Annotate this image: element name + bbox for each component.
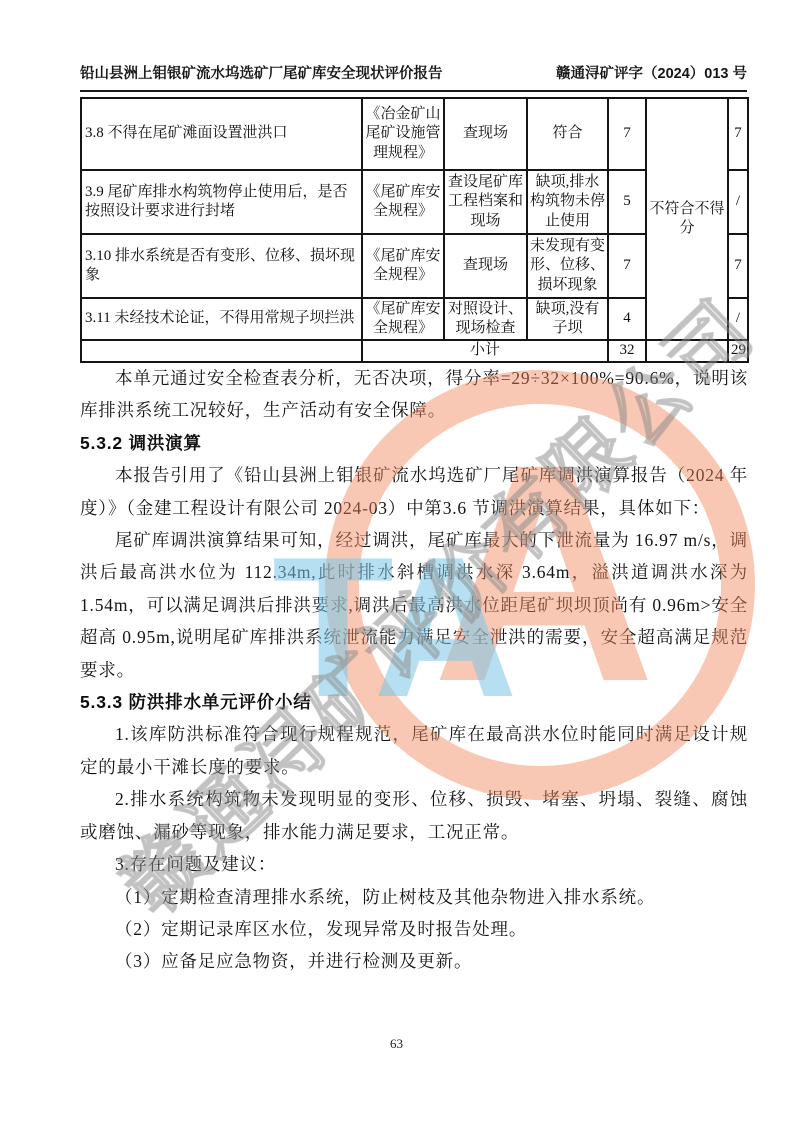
score-cell: 7: [608, 234, 646, 298]
basis-cell: 《冶金矿山尾矿设施管理规程》: [362, 98, 444, 170]
actual-score-cell: /: [728, 298, 748, 340]
note-merged-cell: 不符合不得分: [646, 98, 728, 340]
safety-checklist-table: 3.8 不得在尾矿滩面设置泄洪口 《冶金矿山尾矿设施管理规程》 查现场 符合 7…: [80, 97, 749, 363]
method-cell: 对照设计、现场检查: [444, 298, 527, 340]
actual-score-cell: /: [728, 170, 748, 234]
paragraph-flood-routing-result: 尾矿库调洪演算结果可知，经过调洪，尾矿库最大的下泄流量为 16.97 m/s，调…: [80, 524, 748, 686]
paragraph-suggestion-3: （3）应备足应急物资，并进行检测及更新。: [80, 945, 748, 977]
score-cell: 7: [608, 98, 646, 170]
paragraph-conclusion-2: 2.排水系统构筑物未发现明显的变形、位移、损毁、堵塞、坍塌、裂缝、腐蚀或磨蚀、漏…: [80, 783, 748, 848]
heading-5-3-2: 5.3.2 调洪演算: [80, 427, 748, 459]
result-cell: 缺项,没有子坝: [527, 298, 608, 340]
paragraph-report-reference: 本报告引用了《铅山县洲上钼银矿流水坞选矿厂尾矿库调洪演算报告（2024 年度）》…: [80, 459, 748, 524]
basis-cell: 《尾矿库安全规程》: [362, 234, 444, 298]
document-number: 赣通浔矿评字（2024）013 号: [556, 62, 747, 83]
document-page: 铅山县洲上钼银矿流水坞选矿厂尾矿库安全现状评价报告 赣通浔矿评字（2024）01…: [0, 0, 793, 1122]
paragraph-checklist-summary: 本单元通过安全检查表分析，无否决项，得分率=29÷32×100%=90.6%，说…: [80, 362, 748, 427]
paragraph-suggestion-2: （2）定期记录库区水位，发现异常及时报告处理。: [80, 913, 748, 945]
result-cell: 未发现有变形、位移、损坏现象: [527, 234, 608, 298]
paragraph-conclusion-1: 1.该库防洪标准符合现行规程规范，尾矿库在最高洪水位时能同时满足设计规定的最小干…: [80, 718, 748, 783]
report-title: 铅山县洲上钼银矿流水坞选矿厂尾矿库安全现状评价报告: [80, 62, 443, 83]
checklist-item-cell: 3.9 尾矿库排水构筑物停止使用后，是否按照设计要求进行封堵: [81, 170, 362, 234]
empty-cell: [646, 340, 728, 362]
subtotal-score-cell: 32: [608, 340, 646, 362]
result-cell: 符合: [527, 98, 608, 170]
checklist-item-cell: 3.10 排水系统是否有变形、位移、损坏现象: [81, 234, 362, 298]
score-cell: 5: [608, 170, 646, 234]
basis-cell: 《尾矿库安全规程》: [362, 170, 444, 234]
heading-5-3-3: 5.3.3 防洪排水单元评价小结: [80, 686, 748, 718]
page-number: 63: [0, 1036, 793, 1052]
actual-score-cell: 7: [728, 234, 748, 298]
paragraph-conclusion-3: 3.存在问题及建议：: [80, 848, 748, 880]
basis-cell: 《尾矿库安全规程》: [362, 298, 444, 340]
method-cell: 查设尾矿库工程档案和现场: [444, 170, 527, 234]
checklist-item-cell: 3.8 不得在尾矿滩面设置泄洪口: [81, 98, 362, 170]
empty-cell: [81, 340, 362, 362]
method-cell: 查现场: [444, 98, 527, 170]
subtotal-row: 小计 32 29: [81, 340, 748, 362]
result-cell: 缺项,排水构筑物未停止使用: [527, 170, 608, 234]
subtotal-actual-cell: 29: [728, 340, 748, 362]
checklist-item-cell: 3.11 未经技术论证，不得用常规子坝拦洪: [81, 298, 362, 340]
page-header: 铅山县洲上钼银矿流水坞选矿厂尾矿库安全现状评价报告 赣通浔矿评字（2024）01…: [80, 62, 747, 92]
method-cell: 查现场: [444, 234, 527, 298]
actual-score-cell: 7: [728, 98, 748, 170]
subtotal-label-cell: 小计: [362, 340, 608, 362]
table-row: 3.8 不得在尾矿滩面设置泄洪口 《冶金矿山尾矿设施管理规程》 查现场 符合 7…: [81, 98, 748, 170]
score-cell: 4: [608, 298, 646, 340]
paragraph-suggestion-1: （1）定期检查清理排水系统，防止树枝及其他杂物进入排水系统。: [80, 881, 748, 913]
body-text: 本单元通过安全检查表分析，无否决项，得分率=29÷32×100%=90.6%，说…: [80, 362, 748, 978]
